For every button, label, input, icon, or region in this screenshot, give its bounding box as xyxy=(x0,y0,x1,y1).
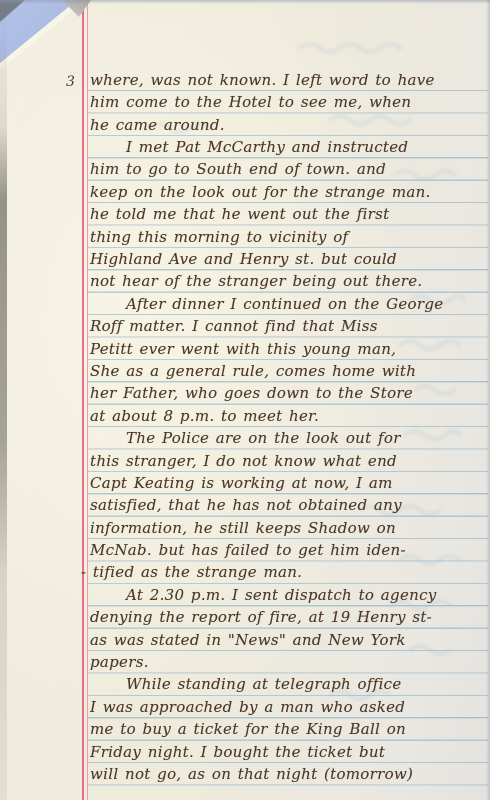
handwritten-line: him to go to South end of town. and xyxy=(90,157,486,179)
handwritten-line: where, was not known. I left word to hav… xyxy=(90,68,486,90)
handwritten-line: The Police are on the look out for xyxy=(90,426,486,448)
folded-corner-backing xyxy=(0,0,100,90)
handwritten-line: me to buy a ticket for the King Ball on xyxy=(90,717,486,739)
handwritten-line: While standing at telegraph office xyxy=(90,672,486,694)
handwritten-line: him come to the Hotel to see me, when xyxy=(90,90,486,112)
handwritten-text-block: where, was not known. I left word to hav… xyxy=(90,68,486,785)
handwritten-line: not hear of the stranger being out there… xyxy=(90,269,486,291)
left-scan-edge xyxy=(0,0,7,800)
handwritten-line: satisfied, that he has not obtained any xyxy=(90,493,486,515)
handwritten-line: will not go, as on that night (tomorrow) xyxy=(90,762,486,784)
handwritten-line: keep on the look out for the strange man… xyxy=(90,179,486,201)
handwritten-line: Roff matter. I cannot find that Miss xyxy=(90,314,486,336)
handwritten-line: I met Pat McCarthy and instructed xyxy=(90,135,486,157)
handwritten-line: thing this morning to vicinity of xyxy=(90,224,486,246)
handwritten-line: information, he still keeps Shadow on xyxy=(90,515,486,537)
handwritten-line: denying the report of fire, at 19 Henry … xyxy=(90,605,486,627)
handwritten-line: She as a general rule, comes home with xyxy=(90,359,486,381)
handwritten-line: McNab. but has failed to get him iden- xyxy=(90,538,486,560)
handwritten-line: I was approached by a man who asked xyxy=(90,694,486,716)
handwritten-line: - tified as the strange man. xyxy=(90,560,486,582)
handwritten-line: Friday night. I bought the ticket but xyxy=(90,739,486,761)
handwritten-line: he came around. xyxy=(90,112,486,134)
handwritten-line: her Father, who goes down to the Store xyxy=(90,381,486,403)
handwritten-line: Highland Ave and Henry st. but could xyxy=(90,247,486,269)
margin-line xyxy=(82,0,84,800)
handwritten-line: Petitt ever went with this young man, xyxy=(90,336,486,358)
page-number: 3 xyxy=(66,74,75,90)
handwritten-line: this stranger, I do not know what end xyxy=(90,448,486,470)
handwritten-line: as was stated in "News" and New York xyxy=(90,627,486,649)
handwritten-line: at about 8 p.m. to meet her. xyxy=(90,403,486,425)
handwritten-line: Capt Keating is working at now, I am xyxy=(90,471,486,493)
margin-line-inner xyxy=(87,0,89,800)
handwritten-line: he told me that he went out the first xyxy=(90,202,486,224)
handwritten-line: After dinner I continued on the George xyxy=(90,291,486,313)
handwritten-line: papers. xyxy=(90,650,486,672)
top-scan-edge xyxy=(0,0,490,4)
right-scan-edge xyxy=(486,0,490,800)
handwritten-line: At 2.30 p.m. I sent dispatch to agency xyxy=(90,582,486,604)
journal-page-scan: 3 where, was not known. I left word to h… xyxy=(0,0,490,800)
